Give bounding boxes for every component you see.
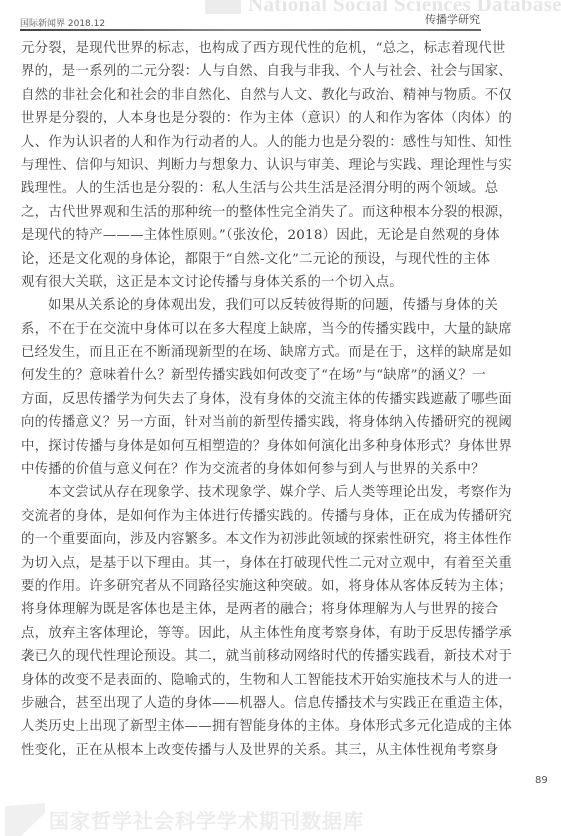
text-line: 交流者的身体，是如何作为主体进行传播实践的。传播与身体，正在成为传播研究 (21, 505, 484, 528)
text-line: 身体的改变不是表面的、隐喻式的，生物和人工智能技术开始实施技术与人的进一 (21, 669, 484, 692)
running-header: 国际新闻界 2018.12 传播学研究 (20, 8, 480, 30)
text-line: 向的传播意义？另一方面，针对当前的新型传播实践，将身体纳入传播研究的视阈 (21, 411, 484, 434)
text-line: 要的作用。许多研究者从不同路径实施这种突破。如，将身体从客体反转为主体； (21, 575, 484, 598)
text-line: 中，探讨传播与身体是如何互相塑造的？身体如何演化出多种身体形式？身体世界 (21, 435, 484, 458)
bottom-watermark: 国家哲学社会科学学术期刊数据库 (5, 803, 405, 836)
watermark-text-bottom: 国家哲学社会科学学术期刊数据库 (49, 805, 364, 834)
text-line: 袭已久的现代性理论预设。其二，就当前移动网络时代的传播实践看，新技术对于 (21, 645, 484, 668)
text-line: 的一个重要面向，涉及内容繁多。本文作为初涉此领域的探索性研究，将主体性作 (21, 528, 484, 551)
text-line: 为切入点，是基于以下理由。其一，身体在打破现代性二元对立观中，有着至关重 (21, 552, 484, 575)
text-line: 观有很大关联，这正是本文讨论传播与身体关系的一个切入点。 (21, 271, 484, 294)
text-line: 与理性、信仰与知识、判断力与想象力、认识与审美、理论与实践、理论理性与实 (21, 154, 484, 177)
text-line: 中传播的价值与意义何在？作为交流者的身体如何参与到人与世界的关系中？ (21, 458, 484, 481)
section-title: 传播学研究 (425, 11, 480, 27)
text-line: 践理性。人的生活也是分裂的：私人生活与公共生活是泾渭分明的两个领域。总 (21, 177, 484, 200)
text-line: 是现代的特产———主体性原则。”（张汝伦，2018）因此，无论是自然观的身体 (21, 224, 484, 247)
text-line: 步融合，甚至出现了人造的身体——机器人。信息传播技术与实践正在重造主体， (21, 692, 484, 715)
article-body: 元分裂，是现代世界的标志，也构成了西方现代性的危机，“总之，标志着现代世界的，是… (21, 37, 484, 762)
text-line: 将身体理解为既是客体也是主体，是两者的融合；将身体理解为人与世界的接合 (21, 598, 484, 621)
header-rule (20, 29, 481, 31)
text-line: 之，古代世界观和生活的那种统一的整体性完全消失了。而这种根本分裂的根源， (21, 201, 484, 224)
text-line: 自然的非社会化和社会的非自然化、自然与人文、教化与政治、精神与物质。不仅 (21, 84, 484, 107)
text-line: 元分裂，是现代世界的标志，也构成了西方现代性的危机，“总之，标志着现代世 (21, 37, 484, 60)
text-line: 方面，反思传播学为何失去了身体，没有身体的交流主体的传播实践遮蔽了哪些面 (21, 388, 484, 411)
text-line: 已经发生，而且正在不断涌现新型的在场、缺席方式。而是在于，这样的缺席是如 (21, 341, 484, 364)
text-line: 人、作为认识者的人和作为行动者的人。人的能力也是分裂的：感性与知性、知性 (21, 131, 484, 154)
text-line: 界的，是一系列的二元分裂：人与自然、自我与非我、个人与社会、社会与国家、 (21, 60, 484, 83)
text-line: 性变化，正在从根本上改变传播与人及世界的关系。其三，从主体性视角考察身 (21, 739, 484, 762)
journal-issue: 国际新闻界 2018.12 (20, 16, 105, 29)
text-line: 本文尝试从存在现象学、技术现象学、媒介学、后人类等理论出发，考察作为 (21, 481, 484, 504)
text-line: 何发生的？意味着什么？新型传播实践如何改变了“在场”与“缺席”的涵义？一 (21, 364, 484, 387)
text-line: 系，不在于在交流中身体可以在多大程度上缺席，当今的传播实践中，大量的缺席 (21, 318, 484, 341)
text-line: 世界是分裂的，人本身也是分裂的：作为主体（意识）的人和作为客体（肉体）的 (21, 107, 484, 130)
text-line: 如果从关系论的身体观出发，我们可以反转彼得斯的问题，传播与身体的关 (21, 294, 484, 317)
text-line: 论，还是文化观的身体论，都限于“自然-文化”二元论的预设，与现代性的主体 (21, 248, 484, 271)
text-line: 点，放弃主客体理论，等等。因此，从主体性角度考察身体，有助于反思传播学承 (21, 622, 484, 645)
watermark-logo-shape (5, 803, 45, 836)
page-number: 89 (535, 775, 548, 786)
text-line: 人类历史上出现了新型主体——拥有智能身体的主体。身体形式多元化造成的主体 (21, 715, 484, 738)
